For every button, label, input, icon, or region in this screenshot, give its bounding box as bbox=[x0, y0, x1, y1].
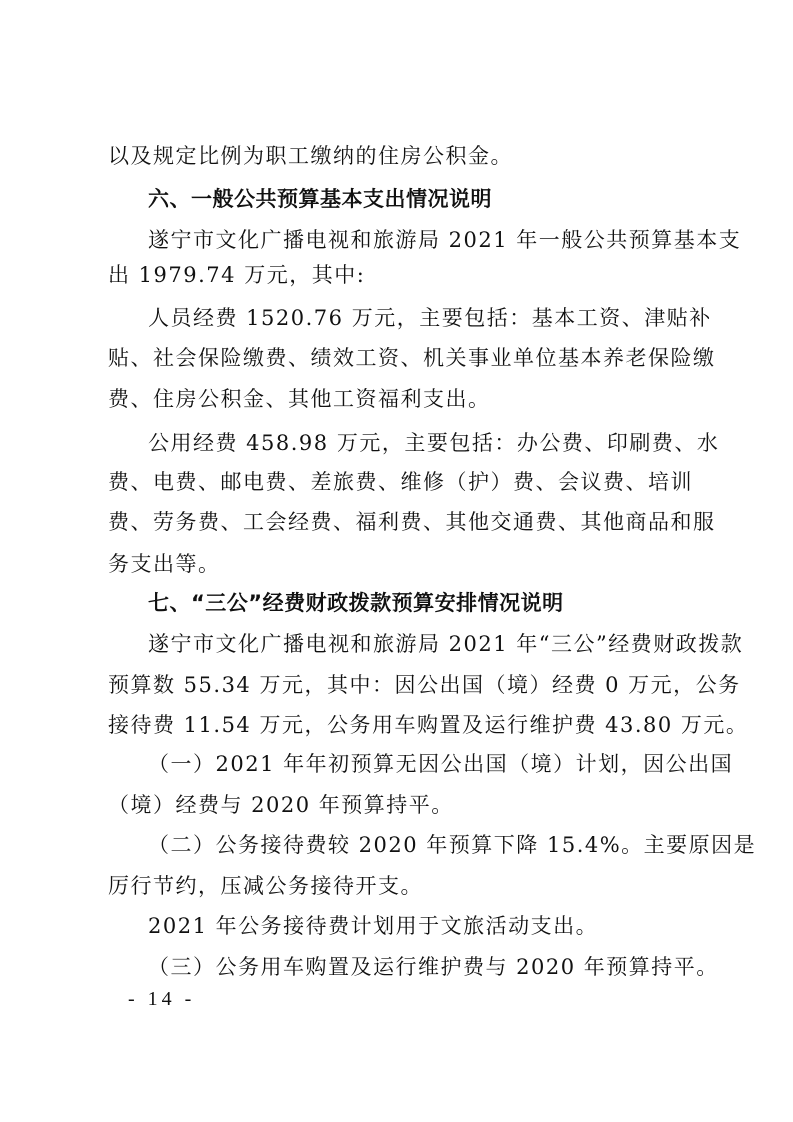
paragraph-line: 出 1979.74 万元，其中: bbox=[108, 262, 698, 288]
paragraph-line: 2021 年公务接待费计划用于文旅活动支出。 bbox=[148, 913, 738, 939]
paragraph-line: （二）公务接待费较 2020 年预算下降 15.4%。主要原因是 bbox=[148, 832, 738, 858]
paragraph-line: （境）经费与 2020 年预算持平。 bbox=[108, 792, 698, 818]
section-heading-7: 七、“三公”经费财政拨款预算安排情况说明 bbox=[148, 590, 738, 616]
paragraph-line: 厉行节约，压减公务接待开支。 bbox=[108, 873, 698, 899]
paragraph-line: 遂宁市文化广播电视和旅游局 2021 年一般公共预算基本支 bbox=[148, 227, 738, 253]
paragraph-line: 人员经费 1520.76 万元，主要包括：基本工资、津贴补 bbox=[148, 305, 738, 331]
paragraph-line: 接待费 11.54 万元，公务用车购置及运行维护费 43.80 万元。 bbox=[108, 712, 698, 738]
paragraph-line: 预算数 55.34 万元，其中：因公出国（境）经费 0 万元，公务 bbox=[108, 672, 698, 698]
paragraph-line: 贴、社会保险缴费、绩效工资、机关事业单位基本养老保险缴 bbox=[108, 345, 698, 371]
paragraph-line: （三）公务用车购置及运行维护费与 2020 年预算持平。 bbox=[148, 954, 738, 980]
paragraph-line: 遂宁市文化广播电视和旅游局 2021 年“三公”经费财政拨款 bbox=[148, 631, 738, 657]
paragraph-line: 费、劳务费、工会经费、福利费、其他交通费、其他商品和服 bbox=[108, 509, 698, 535]
page-number: - 14 - bbox=[128, 988, 195, 1011]
paragraph-line: 以及规定比例为职工缴纳的住房公积金。 bbox=[108, 143, 698, 169]
paragraph-line: 公用经费 458.98 万元，主要包括：办公费、印刷费、水 bbox=[148, 430, 738, 456]
document-page: 以及规定比例为职工缴纳的住房公积金。 六、一般公共预算基本支出情况说明 遂宁市文… bbox=[0, 0, 793, 1122]
paragraph-line: 务支出等。 bbox=[108, 551, 698, 577]
paragraph-line: （一）2021 年年初预算无因公出国（境）计划，因公出国 bbox=[148, 751, 738, 777]
section-heading-6: 六、一般公共预算基本支出情况说明 bbox=[148, 186, 738, 212]
paragraph-line: 费、住房公积金、其他工资福利支出。 bbox=[108, 386, 698, 412]
paragraph-line: 费、电费、邮电费、差旅费、维修（护）费、会议费、培训 bbox=[108, 469, 698, 495]
